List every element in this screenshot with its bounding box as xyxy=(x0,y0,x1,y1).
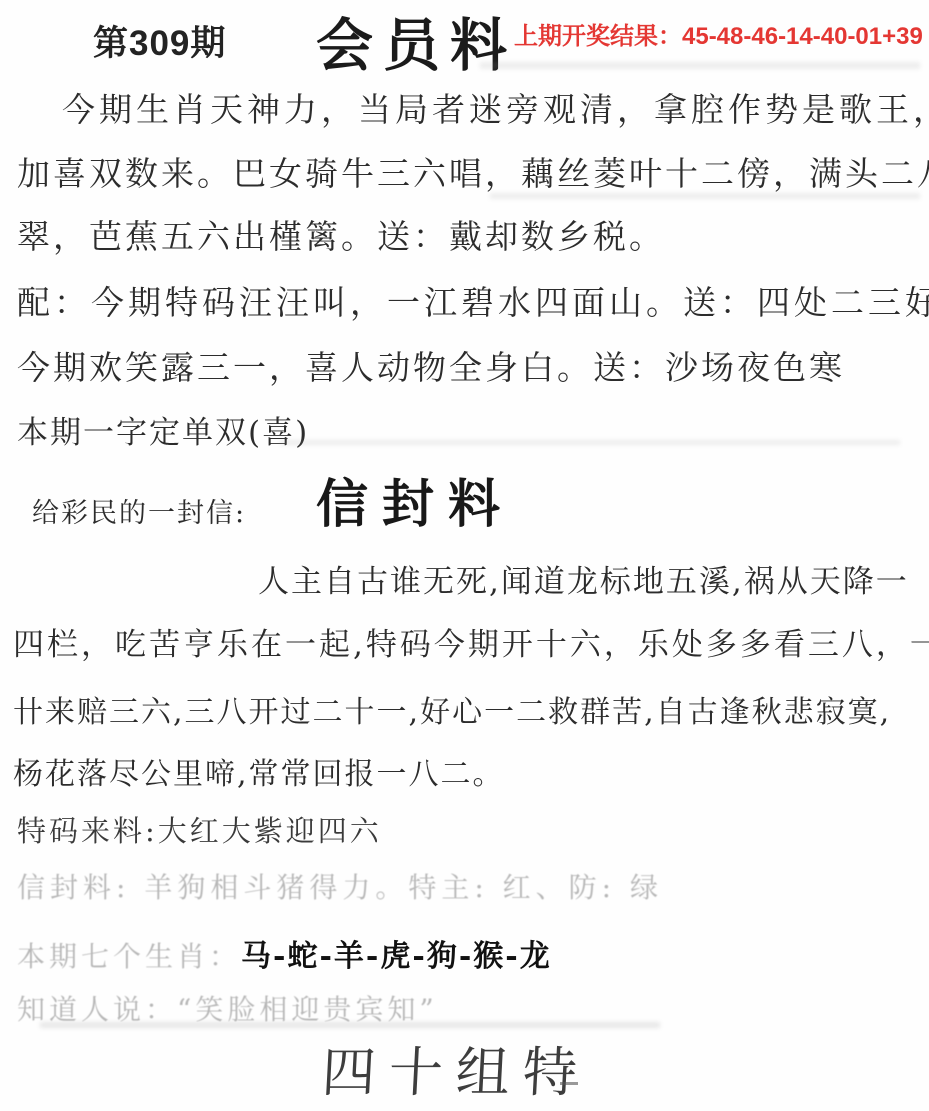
letter-line: 卄来赔三六,三八开过二十一,好心一二救群苦,自古逢秋悲寂寞, xyxy=(13,687,891,731)
scan-artifact xyxy=(480,62,920,69)
faded-tip-line: 信封料: 羊狗相斗猪得力。特主: 红、防: 绿 xyxy=(17,866,663,906)
scan-artifact xyxy=(490,193,920,199)
letter-line: 人主自古谁无死,闻道龙标地五溪,祸从天降一 xyxy=(258,556,909,601)
zodiac-values: 马-蛇-羊-虎-狗-猴-龙 xyxy=(241,931,552,975)
member-line: 配：今期特码汪汪叫，一江碧水四面山。送：四处二三好。 xyxy=(17,277,929,324)
letter-section-title: 信封料 xyxy=(316,462,514,537)
scanned-lottery-sheet: 第309期 会员料 上期开奖结果：45-48-46-14-40-01+39 今期… xyxy=(0,0,929,1111)
footer-title: 四十组特 xyxy=(320,1030,592,1107)
scan-artifact xyxy=(40,1022,660,1028)
member-line: 翠，芭蕉五六出槿篱。送：戴却数乡税。 xyxy=(17,211,665,258)
member-line: 本期一字定单双(喜) xyxy=(17,407,309,452)
zodiac-line-prefix: 本期七个生肖： xyxy=(17,940,241,973)
last-draw-result: 上期开奖结果：45-48-46-14-40-01+39 xyxy=(514,16,923,51)
member-line: 今期欢笑露三一，喜人动物全身白。送：沙场夜色寒 xyxy=(17,342,845,389)
letter-line: 四栏，吃苦亨乐在一起,特码今期开十六，乐处多多看三八，一七 xyxy=(13,619,929,664)
zodiac-line: 本期七个生肖：马-蛇-羊-虎-狗-猴-龙 xyxy=(17,931,552,975)
issue-number: 第309期 xyxy=(93,16,226,66)
letter-intro-label: 给彩民的一封信: xyxy=(32,491,246,530)
member-line: 今期生肖天神力，当局者迷旁观清，拿腔作势是歌王，喜上 xyxy=(62,84,929,131)
letter-line: 杨花落尽公里啼,常常回报一八二。 xyxy=(13,749,505,793)
scan-artifact xyxy=(280,440,900,445)
footer-stroke-artifact xyxy=(560,1082,578,1085)
page-title: 会员料 xyxy=(316,0,517,82)
member-line: 加喜双数来。巴女骑牛三六唱，藕丝菱叶十二傍，满头二八珠间 xyxy=(17,148,929,195)
special-code-tip-line: 特码来料:大红大紫迎四六 xyxy=(17,809,382,850)
